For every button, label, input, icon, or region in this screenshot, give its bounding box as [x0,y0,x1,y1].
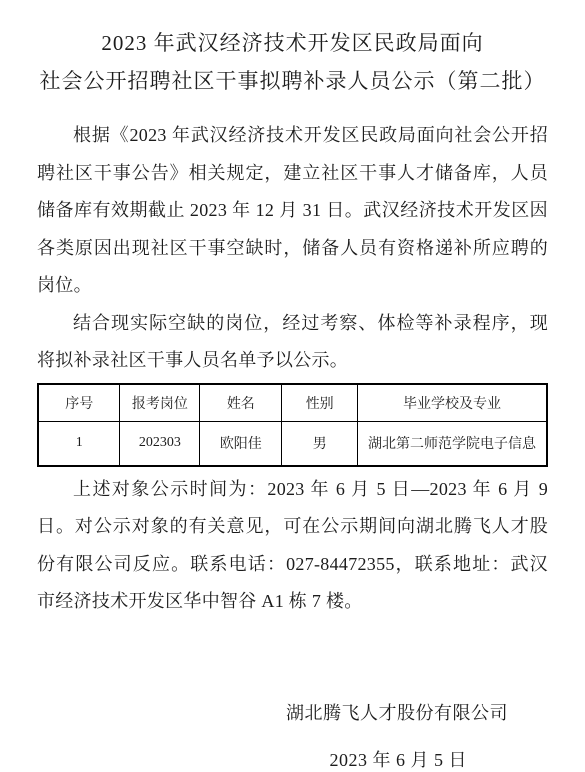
document-title-line-2: 社会公开招聘社区干事拟聘补录人员公示（第二批） [37,62,548,100]
cell-gender: 男 [282,422,358,466]
header-school-major: 毕业学校及专业 [358,384,547,422]
cell-school-major: 湖北第二师范学院电子信息 [358,422,547,466]
table-row: 1 202303 欧阳佳 男 湖北第二师范学院电子信息 [38,422,547,466]
paragraph-basis: 根据《2023 年武汉经济技术开发区民政局面向社会公开招聘社区干事公告》相关规定… [37,117,548,305]
document-title: 2023 年武汉经济技术开发区民政局面向 社会公开招聘社区干事拟聘补录人员公示（… [37,24,548,100]
paragraph-announcement: 结合现实际空缺的岗位，经过考察、体检等补录程序，现将拟补录社区干事人员名单予以公… [37,305,548,380]
candidate-table: 序号 报考岗位 姓名 性别 毕业学校及专业 1 202303 欧阳佳 男 湖北第… [37,383,548,467]
cell-applied-position: 202303 [120,422,200,466]
table-header-row: 序号 报考岗位 姓名 性别 毕业学校及专业 [38,384,547,422]
signature-date: 2023 年 6 月 5 日 [37,742,548,772]
header-sequence-number: 序号 [38,384,120,422]
document-title-line-1: 2023 年武汉经济技术开发区民政局面向 [37,24,548,62]
cell-sequence-number: 1 [38,422,120,466]
paragraph-contact-info: 上述对象公示时间为：2023 年 6 月 5 日—2023 年 6 月 9 日。… [37,471,548,621]
header-applied-position: 报考岗位 [120,384,200,422]
header-name: 姓名 [200,384,282,422]
cell-name: 欧阳佳 [200,422,282,466]
signature-organization: 湖北腾飞人才股份有限公司 [37,695,548,733]
announcement-document: 2023 年武汉经济技术开发区民政局面向 社会公开招聘社区干事拟聘补录人员公示（… [0,0,585,772]
header-gender: 性别 [282,384,358,422]
